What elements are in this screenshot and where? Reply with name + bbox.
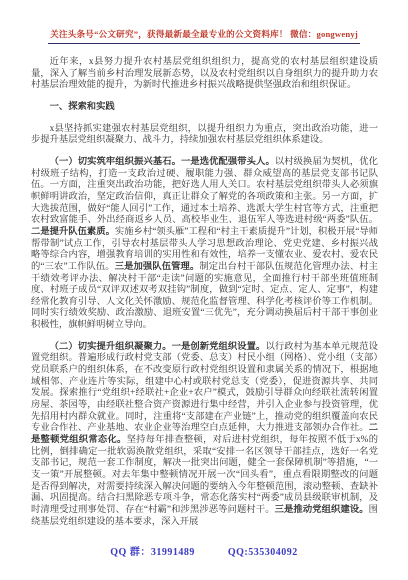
- text-run: 近年来，x县努力提升农村基层党组织组织力，提高党的农村基层组织建设质量，深入了解…: [31, 57, 378, 90]
- text-run: 坚持每年排查整顿，对后进村党组织，每年按照不低于x%的比例，倒排确定一批软弱涣散…: [31, 435, 378, 515]
- bold-text-run: 三是推动党组织建设。: [275, 505, 369, 515]
- qq-number-text: QQ:535304092: [228, 547, 298, 558]
- bold-text-run: （二）切实提升组织凝聚力。一是创新党组织设置。: [50, 342, 266, 352]
- qq-group-text: QQ 群：31991489: [110, 547, 195, 558]
- text-run: 以村级换届为契机，优化村级班子结构，打造一支政治过硬、履职能力强、群众威望高的基…: [31, 157, 378, 225]
- contact-footer: QQ 群：31991489 QQ:535304092: [0, 543, 408, 558]
- bold-text-run: 二是提升队伍素质。: [31, 227, 115, 237]
- section-heading: 一、探索和实践: [31, 102, 378, 114]
- body-paragraph: （一）切实筑牢组织振兴基石。一是选优配强带头人。以村级换届为契机，优化村级班子结…: [31, 157, 378, 332]
- text-run: x县坚持抓实建强农村基层党组织，以提升组织力为重点，突出政治功能，进一步提升基层…: [31, 124, 378, 146]
- text-run: 以行政村为基本单元规范设置党组织。普遍形成行政村党支部（党委、总支）村民小组（网…: [31, 342, 378, 434]
- body-paragraph: 近年来，x县努力提升农村基层党组织组织力，提高党的农村基层组织建设质量，深入了解…: [31, 57, 378, 92]
- text-run: 制定出台村干部队伍规范化管理办法、村主干绩效考评办法、解决村干部“走读”问题的实…: [31, 262, 378, 330]
- body-paragraph: x县坚持抓实建强农村基层党组织，以提升组织力为重点，突出政治功能，进一步提升基层…: [31, 124, 378, 147]
- document-page: 关注头条号“公文研究”，获得最新最全最专业的公文资料库！ 微信：gongweny…: [0, 0, 408, 580]
- bold-text-run: （一）切实筑牢组织振兴基石。一是选优配强带头人。: [50, 157, 275, 167]
- promo-header: 关注头条号“公文研究”，获得最新最全最专业的公文资料库！ 微信：gongweny…: [0, 0, 408, 44]
- bold-text-run: 三是加强队伍管理。: [115, 262, 200, 272]
- bold-text-run: 一、探索和实践: [50, 102, 115, 112]
- document-body: 近年来，x县努力提升农村基层党组织组织力，提高党的农村基层组织建设质量，深入了解…: [0, 44, 408, 528]
- body-paragraph: （二）切实提升组织凝聚力。一是创新党组织设置。以行政村为基本单元规范设置党组织。…: [31, 342, 378, 529]
- promo-header-text: 关注头条号“公文研究”，获得最新最全最专业的公文资料库！ 微信：gongweny…: [48, 28, 360, 44]
